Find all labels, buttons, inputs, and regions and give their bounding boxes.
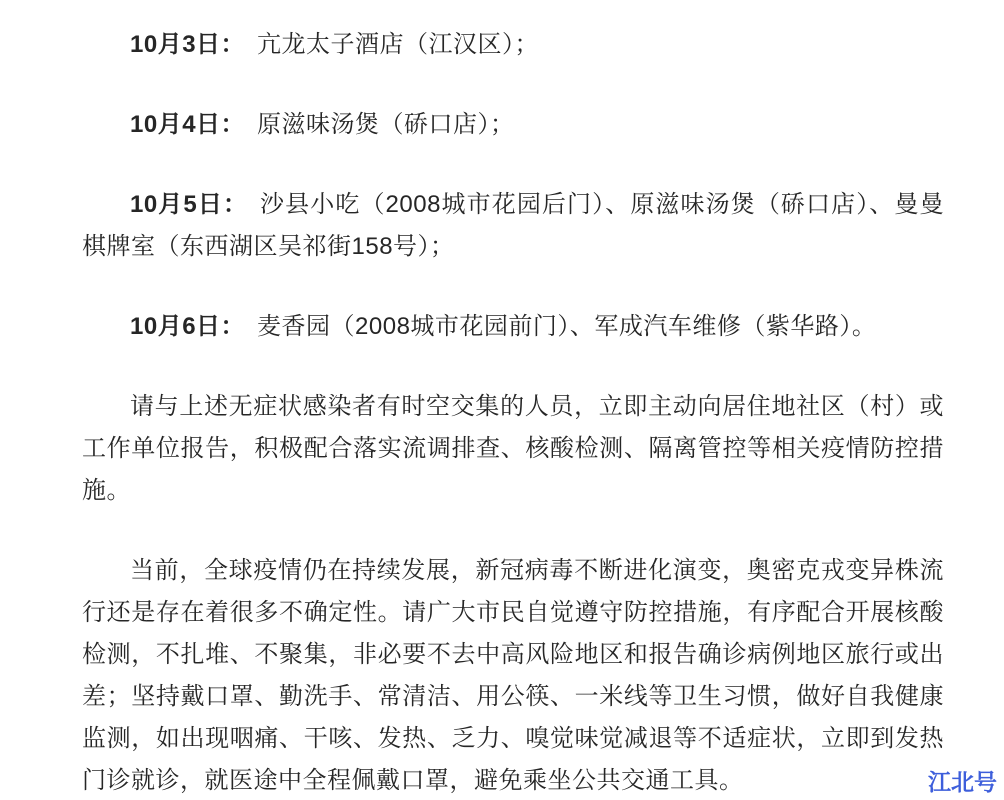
exposure-location: 麦香园（2008城市花园前门）、军成汽车维修（紫华路）。 [257, 313, 876, 340]
exposure-location: 亢龙太子酒店（江汉区）； [257, 31, 539, 58]
watermark-jiangbeihao: 江北号 [928, 768, 997, 796]
notice-paragraph: 当前，全球疫情仍在持续发展，新冠病毒不断进化演变，奥密克戎变异株流行还是存在着很… [82, 550, 944, 800]
notice-content: 10月3日：亢龙太子酒店（江汉区）； 10月4日：原滋味汤煲（硚口店）； 10月… [82, 24, 944, 800]
document-page: 10月3日：亢龙太子酒店（江汉区）； 10月4日：原滋味汤煲（硚口店）； 10月… [0, 0, 1004, 800]
exposure-date: 10月4日： [130, 111, 245, 138]
exposure-item: 10月3日：亢龙太子酒店（江汉区）； [82, 24, 944, 66]
exposure-item: 10月6日：麦香园（2008城市花园前门）、军成汽车维修（紫华路）。 [82, 306, 944, 348]
exposure-date: 10月3日： [130, 31, 245, 58]
exposure-item: 10月4日：原滋味汤煲（硚口店）； [82, 104, 944, 146]
notice-paragraph: 请与上述无症状感染者有时空交集的人员，立即主动向居住地社区（村）或工作单位报告，… [82, 386, 944, 512]
exposure-location: 原滋味汤煲（硚口店）； [257, 111, 515, 138]
exposure-date: 10月6日： [130, 313, 245, 340]
exposure-item: 10月5日：沙县小吃（2008城市花园后门）、原滋味汤煲（硚口店）、曼曼棋牌室（… [82, 184, 944, 268]
exposure-date: 10月5日： [130, 191, 248, 218]
